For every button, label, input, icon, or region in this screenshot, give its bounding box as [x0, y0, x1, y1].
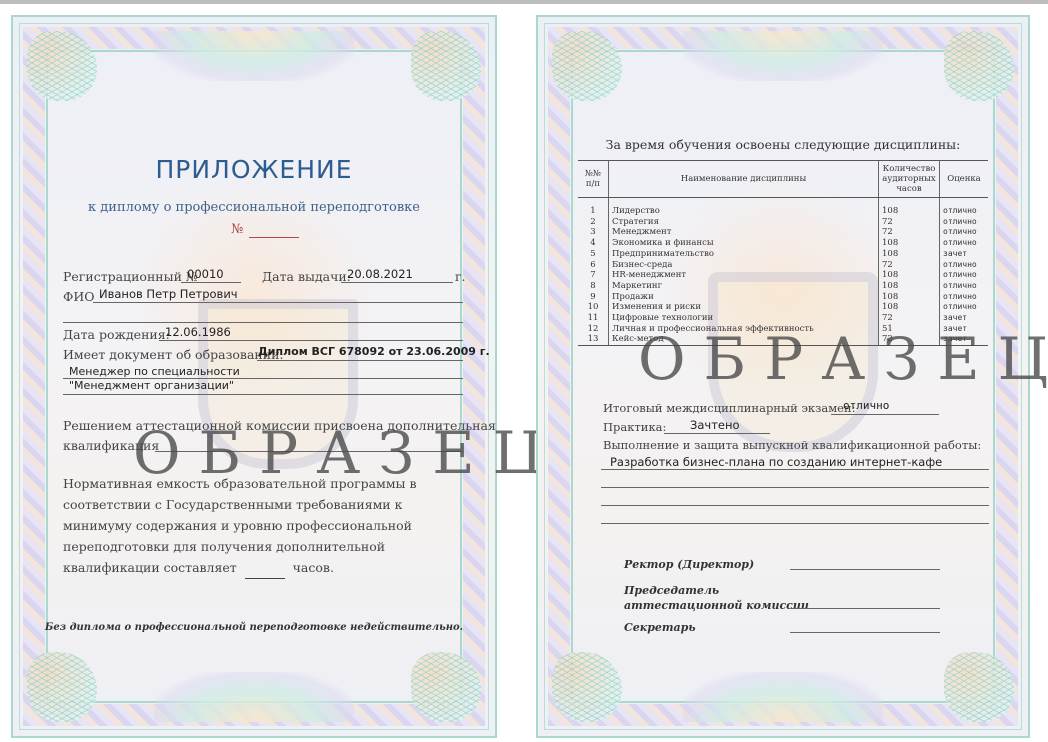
appendix-right-page: За время обучения освоены следующие дисц…: [536, 15, 1030, 738]
table-row: 1Лидерство108отлично: [578, 206, 988, 217]
document-subtitle: к диплому о профессиональной переподгото…: [13, 200, 495, 215]
row-hours: 108: [879, 281, 940, 292]
table-row: 6Бизнес-среда72отлично: [578, 260, 988, 271]
table-row: 11Цифровые технологии72зачет: [578, 313, 988, 324]
row-hours: 72: [879, 217, 940, 228]
registration-value: 00010: [187, 267, 224, 281]
row-hours: 108: [879, 292, 940, 303]
table-row: 9Продажи108отлично: [578, 292, 988, 303]
sample-watermark: ОБРАЗЕЦ: [133, 419, 561, 487]
issue-date-label: Дата выдачи:: [262, 269, 351, 284]
table-header-row: №№ п/п Наименование дисциплины Количеств…: [578, 161, 988, 198]
row-number: 12: [578, 324, 609, 335]
row-grade: отлично: [940, 270, 989, 281]
table-spacer-row: [578, 198, 988, 207]
row-discipline-name: Цифровые технологии: [609, 313, 879, 324]
column-header-number: №№ п/п: [578, 161, 609, 198]
table-row: 2Стратегия72отлично: [578, 217, 988, 228]
final-exam-underline: [831, 414, 939, 415]
fio-value: Иванов Петр Петрович: [99, 287, 238, 301]
row-number: 1: [578, 206, 609, 217]
row-number: 7: [578, 270, 609, 281]
row-hours: 108: [879, 238, 940, 249]
specialty-underline-2: [63, 394, 463, 395]
row-discipline-name: Изменения и риски: [609, 302, 879, 313]
secretary-signature-line: [790, 632, 940, 633]
row-discipline-name: HR-менеджмент: [609, 270, 879, 281]
row-number: 10: [578, 302, 609, 313]
scan-top-edge: [0, 0, 1048, 4]
column-header-hours: Количество аудиторных часов: [879, 161, 940, 198]
row-hours: 72: [879, 260, 940, 271]
sample-watermark: ОБРАЗЕЦ: [638, 325, 1048, 393]
row-hours: 108: [879, 249, 940, 260]
hours-blank: [245, 557, 285, 579]
issue-date-underline: [341, 282, 453, 283]
row-grade: отлично: [940, 206, 989, 217]
row-grade: отлично: [940, 260, 989, 271]
row-hours: 72: [879, 313, 940, 324]
hours-suffix: часов.: [293, 560, 334, 575]
row-number: 3: [578, 227, 609, 238]
appendix-left-page: ПРИЛОЖЕНИЕ к диплому о профессиональной …: [11, 15, 497, 738]
row-discipline-name: Лидерство: [609, 206, 879, 217]
row-number: 11: [578, 313, 609, 324]
row-hours: 108: [879, 270, 940, 281]
disciplines-heading: За время обучения освоены следующие дисц…: [538, 137, 1028, 152]
row-grade: отлично: [940, 227, 989, 238]
chairman-signature-line: [790, 608, 940, 609]
thesis-value: Разработка бизнес-плана по созданию инте…: [610, 455, 942, 469]
chairman-signature-label-2: аттестационной комиссии: [624, 598, 809, 614]
row-grade: зачет: [940, 249, 989, 260]
row-number: 9: [578, 292, 609, 303]
diploma-number-field: №: [231, 222, 299, 238]
thesis-underline-1: [601, 469, 989, 470]
column-header-discipline: Наименование дисциплины: [609, 161, 879, 198]
row-grade: отлично: [940, 292, 989, 303]
table-row: 3Менеджмент72отлично: [578, 227, 988, 238]
thesis-underline-3: [601, 505, 989, 506]
table-row: 5Предпринимательство108зачет: [578, 249, 988, 260]
row-number: 4: [578, 238, 609, 249]
registration-label: Регистрационный №: [63, 269, 198, 284]
practice-label: Практика:: [603, 420, 666, 434]
row-discipline-name: Стратегия: [609, 217, 879, 228]
table-row: 4Экономика и финансы108отлично: [578, 238, 988, 249]
birth-date-value: 12.06.1986: [165, 325, 231, 339]
row-grade: отлично: [940, 302, 989, 313]
thesis-underline-4: [601, 523, 989, 524]
practice-underline: [664, 433, 770, 434]
row-number: 2: [578, 217, 609, 228]
education-doc-value: Диплом ВСГ 678092 от 23.06.2009 г.: [258, 345, 490, 358]
education-doc-underline: [257, 360, 463, 361]
final-exam-value: отлично: [843, 399, 889, 412]
row-discipline-name: Предпринимательство: [609, 249, 879, 260]
issue-date-value: 20.08.2021: [347, 267, 413, 281]
row-hours: 108: [879, 206, 940, 217]
secretary-signature-label: Секретарь: [624, 620, 696, 636]
final-exam-label: Итоговый междисциплинарный экзамен:: [603, 401, 856, 415]
table-row: 7HR-менеджмент108отлично: [578, 270, 988, 281]
specialty-line-2: "Менеджмент организации": [69, 379, 234, 392]
disciplines-table: №№ п/п Наименование дисциплины Количеств…: [578, 160, 988, 346]
fio-second-underline: [63, 322, 463, 323]
row-grade: отлично: [940, 238, 989, 249]
row-discipline-name: Экономика и финансы: [609, 238, 879, 249]
row-hours: 108: [879, 302, 940, 313]
row-grade: зачет: [940, 313, 989, 324]
row-hours: 72: [879, 227, 940, 238]
diploma-number-blank: [249, 222, 299, 238]
rector-signature-line: [790, 569, 940, 570]
practice-value: Зачтено: [690, 418, 740, 432]
row-grade: отлично: [940, 281, 989, 292]
row-discipline-name: Продажи: [609, 292, 879, 303]
specialty-line-1: Менеджер по специальности: [69, 365, 240, 378]
row-number: 8: [578, 281, 609, 292]
fio-label: ФИО: [63, 289, 95, 304]
thesis-label: Выполнение и защита выпускной квалификац…: [603, 438, 981, 452]
row-discipline-name: Менеджмент: [609, 227, 879, 238]
fio-underline: [93, 302, 463, 303]
year-suffix: г.: [455, 269, 466, 284]
row-number: 6: [578, 260, 609, 271]
number-sign-label: №: [231, 222, 243, 237]
normative-text: Нормативная емкость образовательной прог…: [63, 476, 417, 575]
row-number: 13: [578, 334, 609, 345]
education-doc-label: Имеет документ об образовании:: [63, 347, 284, 362]
birth-date-underline: [159, 340, 463, 341]
validity-footnote: Без диплома о профессиональной переподго…: [13, 622, 495, 633]
column-header-grade: Оценка: [940, 161, 989, 198]
thesis-underline-2: [601, 487, 989, 488]
registration-underline: [181, 282, 241, 283]
rector-signature-label: Ректор (Директор): [624, 557, 754, 573]
document-title: ПРИЛОЖЕНИЕ: [13, 155, 495, 184]
birth-date-label: Дата рождения:: [63, 327, 170, 342]
row-number: 5: [578, 249, 609, 260]
table-row: 10Изменения и риски108отлично: [578, 302, 988, 313]
row-discipline-name: Маркетинг: [609, 281, 879, 292]
row-grade: отлично: [940, 217, 989, 228]
normative-paragraph: Нормативная емкость образовательной прог…: [63, 473, 467, 579]
chairman-signature-label-1: Председатель: [624, 583, 719, 599]
table-row: 8Маркетинг108отлично: [578, 281, 988, 292]
row-discipline-name: Бизнес-среда: [609, 260, 879, 271]
